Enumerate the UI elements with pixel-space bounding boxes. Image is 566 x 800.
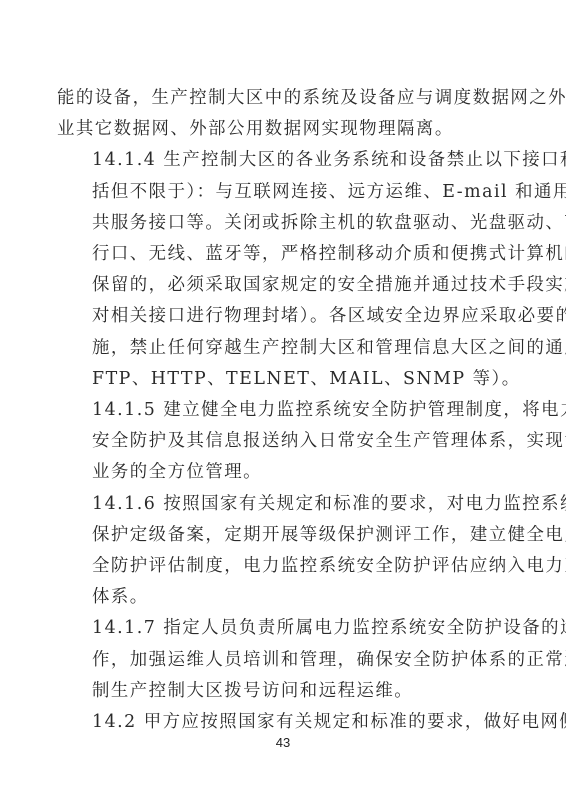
text-line: 括但不限于）：与互联网连接、远方运维、E-mail 和通用 WEB 服务等公 <box>57 177 513 208</box>
text-line: 制生产控制大区拨号访问和远程运维。 <box>57 676 513 707</box>
paragraph-14-1-4: 14.1.4 生产控制大区的各业务系统和设备禁止以下接口和功能（包 括但不限于）… <box>57 145 513 395</box>
body-text: 能的设备，生产控制大区中的系统及设备应与调度数据网之外的电力企 业其它数据网、外… <box>57 83 513 738</box>
text-line: 保留的，必须采取国家规定的安全措施并通过技术手段实施严格监控并 <box>57 270 513 301</box>
paragraph-14-1-6: 14.1.6 按照国家有关规定和标准的要求，对电力监控系统进行等级 保护定级备案… <box>57 489 513 614</box>
text-line: 体系。 <box>57 582 513 613</box>
text-line: 14.1.4 生产控制大区的各业务系统和设备禁止以下接口和功能（包 <box>57 145 513 176</box>
text-line: 作，加强运维人员培训和管理，确保安全防护体系的正常运行。严格限 <box>57 645 513 676</box>
paragraph-14-1-5: 14.1.5 建立健全电力监控系统安全防护管理制度，将电力监控系统 安全防护及其… <box>57 395 513 489</box>
page-number: 43 <box>0 735 566 750</box>
text-line: 对相关接口进行物理封堵）。各区域安全边界应采取必要的安全防护措 <box>57 301 513 332</box>
text-line: 保护定级备案，定期开展等级保护测评工作，建立健全电力监控系统安 <box>57 520 513 551</box>
text-line: 14.1.7 指定人员负责所属电力监控系统安全防护设备的运行维护工 <box>57 613 513 644</box>
text-line: 14.1.6 按照国家有关规定和标准的要求，对电力监控系统进行等级 <box>57 489 513 520</box>
document-page: 能的设备，生产控制大区中的系统及设备应与调度数据网之外的电力企 业其它数据网、外… <box>0 0 566 800</box>
text-line: FTP、HTTP、TELNET、MAIL、SNMP 等）。 <box>57 364 513 395</box>
text-line: 14.1.5 建立健全电力监控系统安全防护管理制度，将电力监控系统 <box>57 395 513 426</box>
text-line: 业其它数据网、外部公用数据网实现物理隔离。 <box>57 114 513 145</box>
text-line: 14.2 甲方应按照国家有关规定和标准的要求，做好电网侧电力 <box>57 707 513 738</box>
paragraph-continuation: 能的设备，生产控制大区中的系统及设备应与调度数据网之外的电力企 业其它数据网、外… <box>57 83 513 145</box>
text-line: 安全防护及其信息报送纳入日常安全生产管理体系，实现设备、人员、 <box>57 426 513 457</box>
paragraph-14-1-7: 14.1.7 指定人员负责所属电力监控系统安全防护设备的运行维护工 作，加强运维… <box>57 613 513 707</box>
text-line: 全防护评估制度，电力监控系统安全防护评估应纳入电力系统安全评价 <box>57 551 513 582</box>
text-line: 能的设备，生产控制大区中的系统及设备应与调度数据网之外的电力企 <box>57 83 513 114</box>
text-line: 共服务接口等。关闭或拆除主机的软盘驱动、光盘驱动、USB 接口、串 <box>57 208 513 239</box>
text-line: 施，禁止任何穿越生产控制大区和管理信息大区之间的通用网络服务（如 <box>57 333 513 364</box>
paragraph-14-2: 14.2 甲方应按照国家有关规定和标准的要求，做好电网侧电力 <box>57 707 513 738</box>
text-line: 业务的全方位管理。 <box>57 457 513 488</box>
text-line: 行口、无线、蓝牙等，严格控制移动介质和便携式计算机的接入（确需 <box>57 239 513 270</box>
